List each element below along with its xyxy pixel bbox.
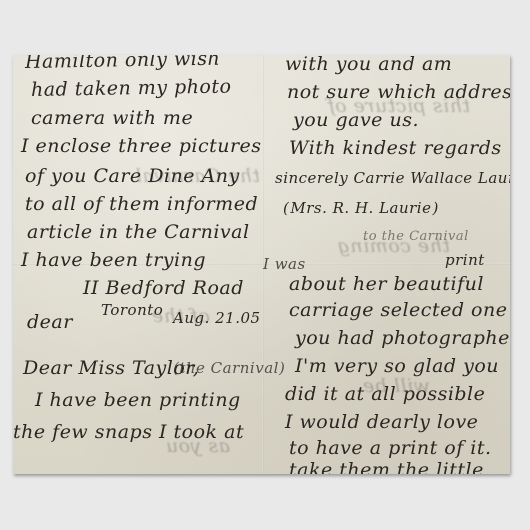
handwritten-line: you gave us. <box>293 109 419 131</box>
signature-name-line: Mrs. R. H. Laurie <box>283 199 439 217</box>
handwritten-line: With kindest regards <box>289 137 502 159</box>
handwritten-line: take them the little <box>289 459 484 474</box>
handwritten-line: I have been printing <box>35 389 241 411</box>
handwritten-line: I have been trying <box>21 249 206 271</box>
handwritten-line: with you and am <box>285 55 452 75</box>
handwritten-line: dear <box>27 311 73 333</box>
handwritten-line: you had photographed <box>295 327 510 349</box>
letter-paper: this picture of the Carnival the coming … <box>13 55 510 474</box>
handwritten-line: print <box>445 251 485 269</box>
handwritten-line: about her beautiful <box>289 273 484 295</box>
handwritten-line: article in the Carnival <box>27 221 250 243</box>
handwritten-line: did it at all possible <box>285 383 485 405</box>
cross-written-line: to the Carnival <box>363 229 469 244</box>
handwritten-line: Hamilton only wish <box>25 55 221 73</box>
address-line: II Bedford Road <box>83 277 244 299</box>
handwritten-line: of you Care Dine Any <box>25 165 240 187</box>
handwritten-line: the few snaps I took at <box>13 421 244 443</box>
cross-written-line: I was <box>263 255 306 273</box>
handwritten-line: I'm very so glad you <box>295 355 499 377</box>
handwritten-line: I enclose three pictures <box>21 135 262 157</box>
city-line: Toronto <box>101 301 163 319</box>
cross-written-line: (the Carnival) <box>173 359 285 377</box>
date-line: Aug. 21.05 <box>173 309 261 327</box>
handwritten-line: to have a print of it. <box>289 437 492 459</box>
signature-line: sincerely Carrie Wallace Laurie <box>275 169 510 187</box>
handwritten-line: to all of them informed <box>25 193 258 215</box>
handwritten-line: camera with me <box>31 107 193 129</box>
handwritten-line: I would dearly love <box>285 411 478 433</box>
handwritten-line: carriage selected one <box>289 299 507 321</box>
image-viewer-background: this picture of the Carnival the coming … <box>0 0 530 530</box>
handwritten-line: not sure which address <box>287 81 510 103</box>
handwritten-line: had taken my photo <box>31 76 232 101</box>
